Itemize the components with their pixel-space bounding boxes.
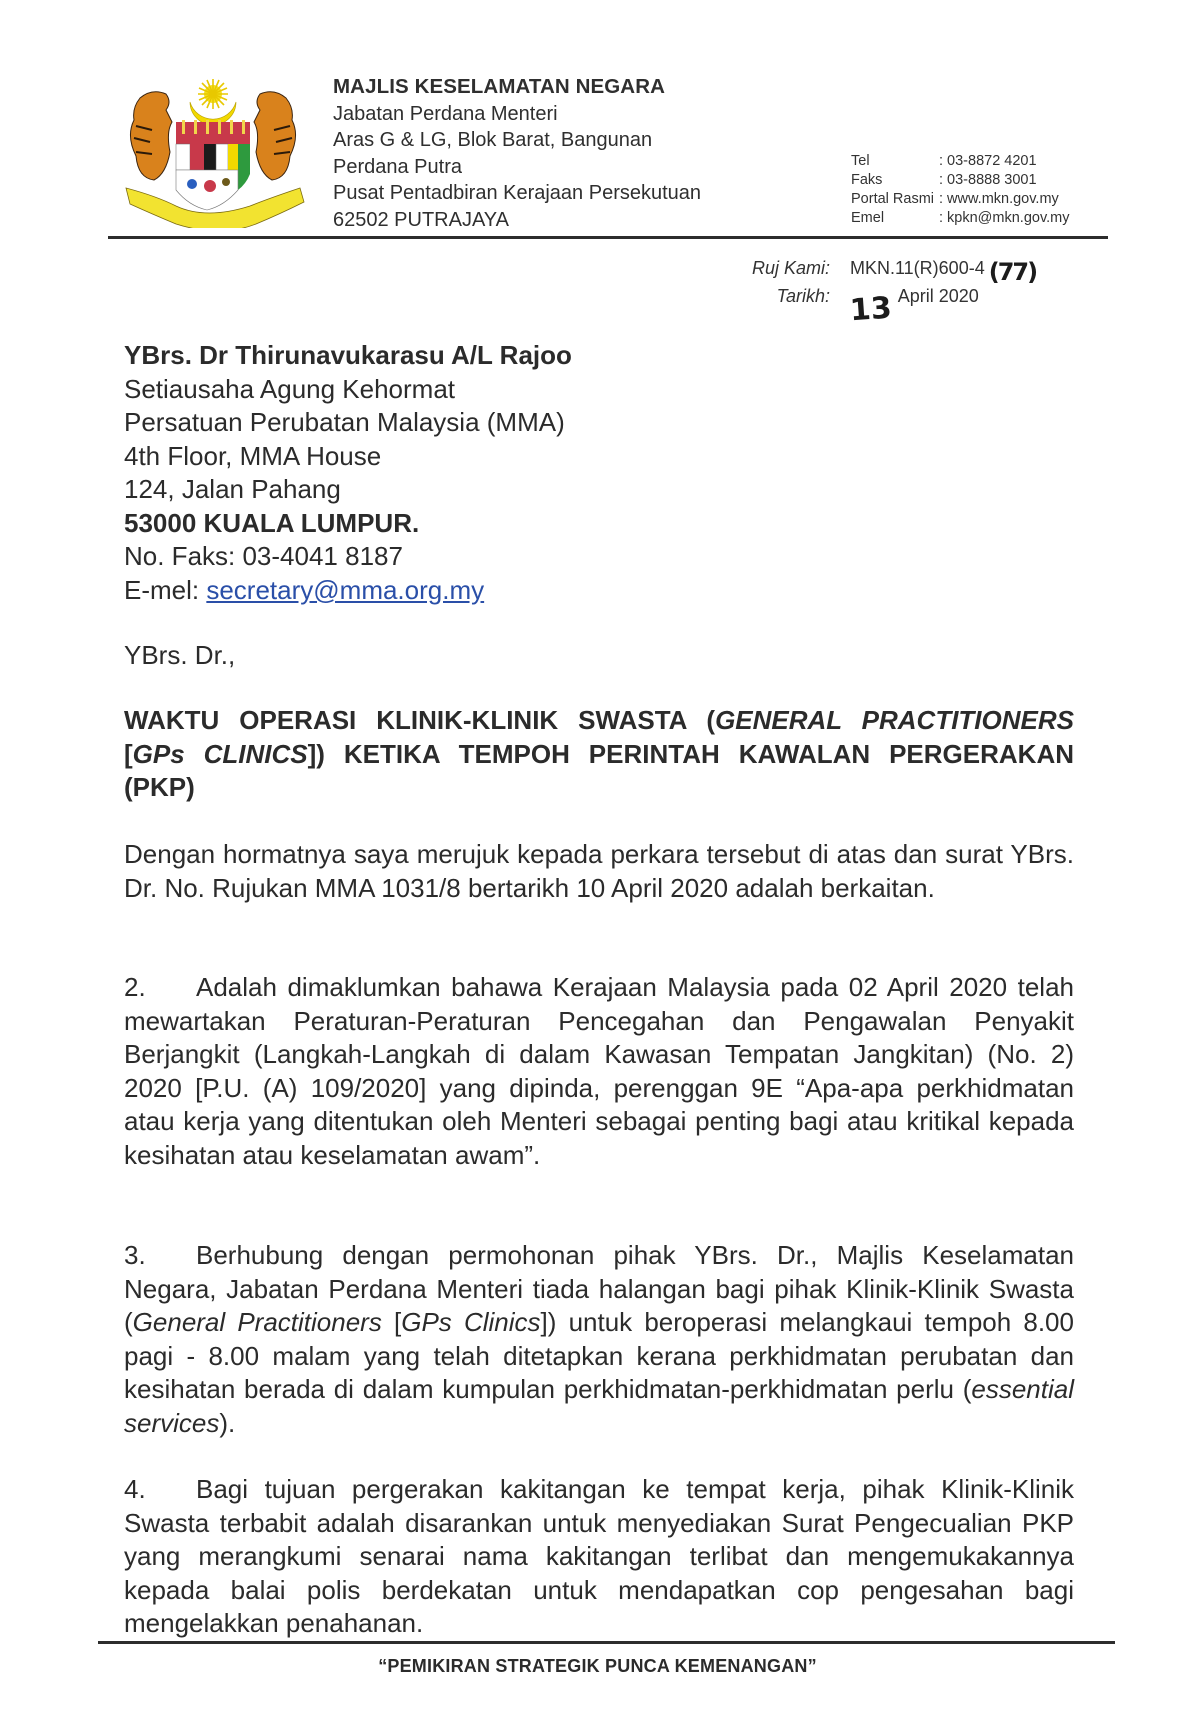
email-label: E-mel: <box>124 575 206 605</box>
subject-text: [ <box>124 739 133 769</box>
contact-label: Portal Rasmi <box>851 190 939 209</box>
organization-name: MAJLIS KESELAMATAN NEGARA <box>333 74 701 101</box>
contact-portal: Portal Rasmi : www.mkn.gov.my <box>851 190 1070 209</box>
paragraph-2: 2.Adalah dimaklumkan bahawa Kerajaan Mal… <box>124 971 1074 1172</box>
paragraph-number: 3. <box>124 1239 196 1273</box>
org-line: Aras G & LG, Blok Barat, Bangunan <box>333 127 701 154</box>
paragraph-text: Bagi tujuan pergerakan kakitangan ke tem… <box>124 1474 1074 1638</box>
org-line: Jabatan Perdana Menteri <box>333 101 701 128</box>
addressee-fax: No. Faks: 03-4041 8187 <box>124 540 572 574</box>
paragraph-3: 3.Berhubung dengan permohonan pihak YBrs… <box>124 1239 1074 1440</box>
addressee-name: YBrs. Dr Thirunavukarasu A/L Rajoo <box>124 339 572 373</box>
paragraph-text: Adalah dimaklumkan bahawa Kerajaan Malay… <box>124 972 1074 1170</box>
footer-motto: “PEMIKIRAN STRATEGIK PUNCA KEMENANGAN” <box>0 1656 1195 1677</box>
contact-label: Emel <box>851 209 939 228</box>
subject-italic: GENERAL PRACTITIONERS <box>715 705 1074 735</box>
handwritten-reference-suffix: (77) <box>989 258 1036 286</box>
contact-value: : 03-8888 3001 <box>939 171 1037 190</box>
organization-address: MAJLIS KESELAMATAN NEGARA Jabatan Perdan… <box>333 74 701 233</box>
malaysia-coat-of-arms-icon <box>118 76 308 228</box>
contact-value: : www.mkn.gov.my <box>939 190 1059 209</box>
addressee-line: Persatuan Perubatan Malaysia (MMA) <box>124 406 572 440</box>
addressee-block: YBrs. Dr Thirunavukarasu A/L Rajoo Setia… <box>124 339 572 607</box>
date-row: Tarikh: 13 April 2020 <box>690 282 1036 310</box>
contact-label: Faks <box>851 171 939 190</box>
salutation: YBrs. Dr., <box>124 640 235 671</box>
date-label: Tarikh: <box>690 282 850 310</box>
reference-block: Ruj Kami: MKN.11(R)600-4 (77) Tarikh: 13… <box>690 254 1036 310</box>
subject-text: WAKTU OPERASI KLINIK-KLINIK SWASTA ( <box>124 705 715 735</box>
contact-fax: Faks : 03-8888 3001 <box>851 171 1070 190</box>
paragraph-italic: General Practitioners <box>133 1307 382 1337</box>
contact-value: : kpkn@mkn.gov.my <box>939 209 1070 228</box>
email-link[interactable]: secretary@mma.org.my <box>206 575 484 605</box>
paragraph-text: [ <box>382 1307 401 1337</box>
date-value: April 2020 <box>898 282 979 310</box>
contact-details: Tel : 03-8872 4201 Faks : 03-8888 3001 P… <box>851 152 1070 228</box>
paragraph-number: 2. <box>124 971 196 1005</box>
paragraph-number: 4. <box>124 1473 196 1507</box>
addressee-line: 4th Floor, MMA House <box>124 440 572 474</box>
addressee-email-row: E-mel: secretary@mma.org.my <box>124 574 572 608</box>
footer-divider <box>98 1641 1115 1644</box>
contact-tel: Tel : 03-8872 4201 <box>851 152 1070 171</box>
org-line: Perdana Putra <box>333 154 701 181</box>
contact-value: : 03-8872 4201 <box>939 152 1037 171</box>
addressee-line: 124, Jalan Pahang <box>124 473 572 507</box>
org-line: 62502 PUTRAJAYA <box>333 207 701 234</box>
contact-label: Tel <box>851 152 939 171</box>
addressee-line: Setiausaha Agung Kehormat <box>124 373 572 407</box>
paragraph-4: 4.Bagi tujuan pergerakan kakitangan ke t… <box>124 1473 1074 1641</box>
subject-italic: GPs CLINICS <box>133 739 308 769</box>
paragraph-text: ). <box>219 1408 235 1438</box>
paragraph-italic: GPs Clinics <box>401 1307 540 1337</box>
letter-subject: WAKTU OPERASI KLINIK-KLINIK SWASTA (GENE… <box>124 704 1074 805</box>
reference-number: MKN.11(R)600-4 <box>850 254 985 282</box>
handwritten-date-day: 13 <box>849 295 893 326</box>
contact-email: Emel : kpkn@mkn.gov.my <box>851 209 1070 228</box>
addressee-city: 53000 KUALA LUMPUR. <box>124 507 572 541</box>
paragraph-1: Dengan hormatnya saya merujuk kepada per… <box>124 838 1074 905</box>
reference-number-row: Ruj Kami: MKN.11(R)600-4 (77) <box>690 254 1036 282</box>
org-line: Pusat Pentadbiran Kerajaan Persekutuan <box>333 180 701 207</box>
letterhead-divider <box>108 236 1108 239</box>
reference-label: Ruj Kami: <box>690 254 850 282</box>
